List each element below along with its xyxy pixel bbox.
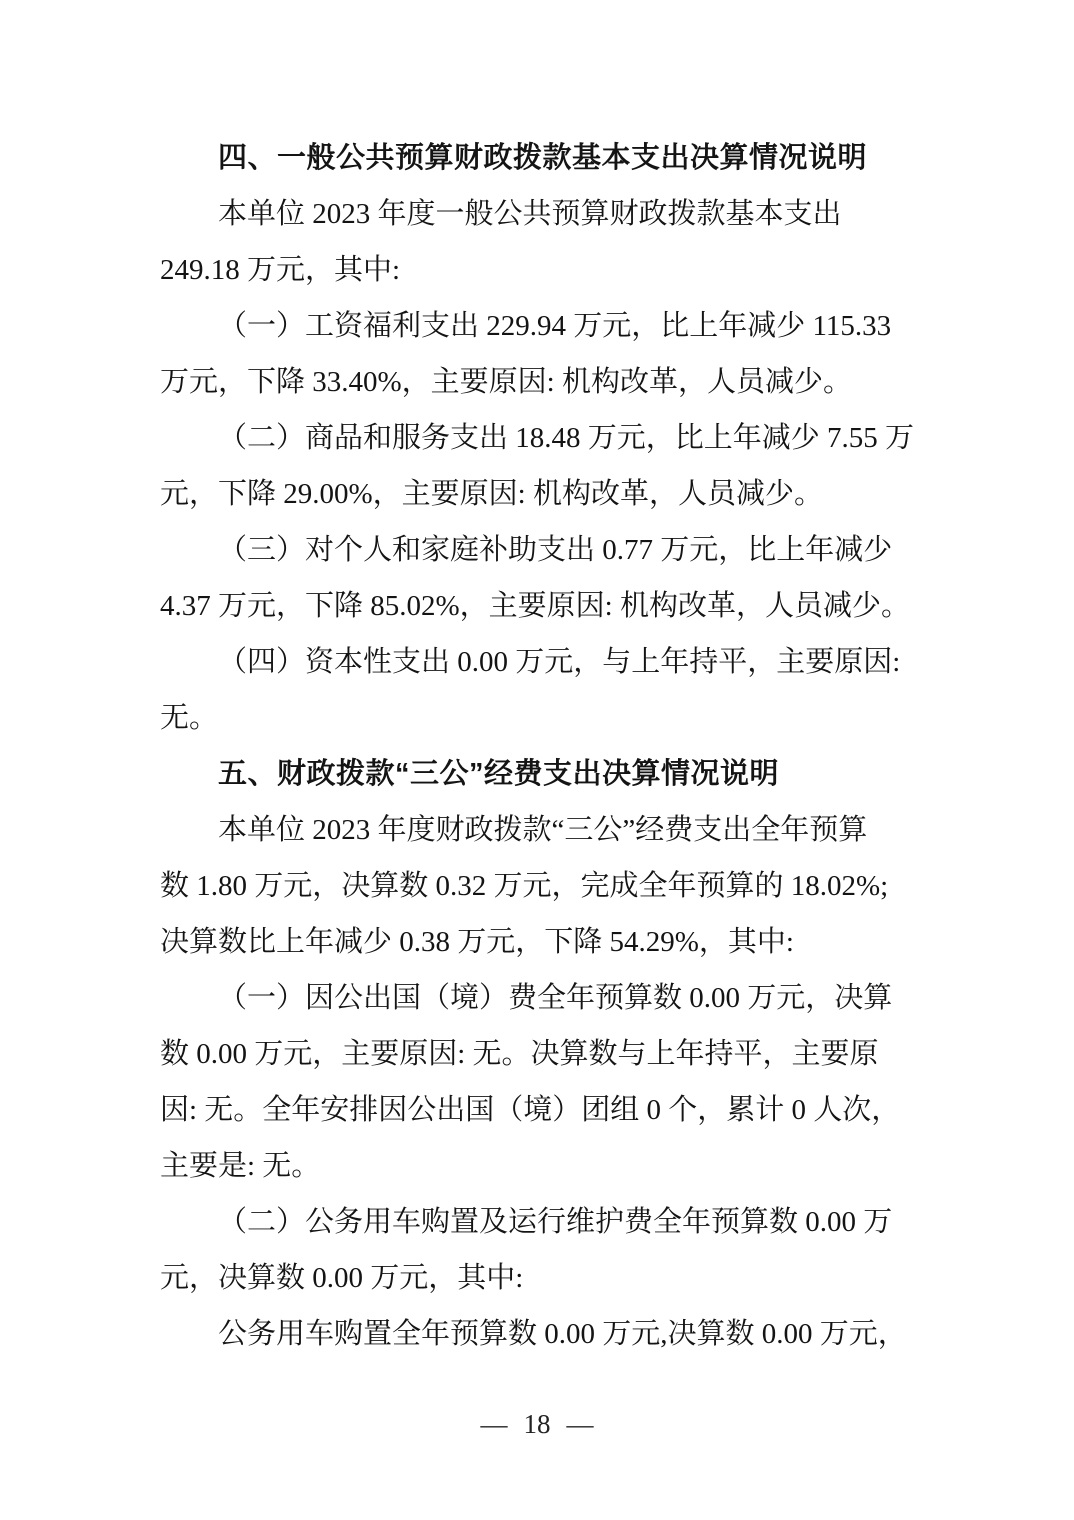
text-line: （一）工资福利支出 229.94 万元，比上年减少 115.33: [160, 298, 920, 354]
text-line: 公务用车购置全年预算数 0.00 万元,决算数 0.00 万元，: [160, 1306, 920, 1362]
text-line: 元，下降 29.00%，主要原因: 机构改革，人员减少。: [160, 466, 920, 522]
text-line: 数 1.80 万元，决算数 0.32 万元，完成全年预算的 18.02%;: [160, 858, 920, 914]
paragraph: 公务用车购置全年预算数 0.00 万元,决算数 0.00 万元，: [160, 1306, 920, 1362]
text-line: 因: 无。全年安排因公出国（境）团组 0 个，累计 0 人次，: [160, 1082, 920, 1138]
paragraph: 本单位 2023 年度财政拨款“三公”经费支出全年预算 数 1.80 万元，决算…: [160, 802, 920, 970]
text-line: 本单位 2023 年度财政拨款“三公”经费支出全年预算: [160, 802, 920, 858]
text-line: 本单位 2023 年度一般公共预算财政拨款基本支出: [160, 186, 920, 242]
section-heading-4: 四、一般公共预算财政拨款基本支出决算情况说明: [160, 130, 920, 186]
text-line: （二）公务用车购置及运行维护费全年预算数 0.00 万: [160, 1194, 920, 1250]
text-line: 无。: [160, 690, 920, 746]
text-line: 主要是: 无。: [160, 1138, 920, 1194]
text-line: 决算数比上年减少 0.38 万元，下降 54.29%，其中:: [160, 914, 920, 970]
text-line: 元，决算数 0.00 万元，其中:: [160, 1250, 920, 1306]
section-heading-5: 五、财政拨款“三公”经费支出决算情况说明: [160, 746, 920, 802]
paragraph: （二）公务用车购置及运行维护费全年预算数 0.00 万 元，决算数 0.00 万…: [160, 1194, 920, 1306]
paragraph: （二）商品和服务支出 18.48 万元，比上年减少 7.55 万 元，下降 29…: [160, 410, 920, 522]
text-line: 249.18 万元，其中:: [160, 242, 920, 298]
text-line: （三）对个人和家庭补助支出 0.77 万元，比上年减少: [160, 522, 920, 578]
text-line: 数 0.00 万元，主要原因: 无。决算数与上年持平，主要原: [160, 1026, 920, 1082]
text-line: （四）资本性支出 0.00 万元，与上年持平，主要原因:: [160, 634, 920, 690]
text-line: （一）因公出国（境）费全年预算数 0.00 万元，决算: [160, 970, 920, 1026]
heading-line: 五、财政拨款“三公”经费支出决算情况说明: [160, 746, 920, 802]
paragraph: （一）工资福利支出 229.94 万元，比上年减少 115.33 万元，下降 3…: [160, 298, 920, 410]
paragraph: （三）对个人和家庭补助支出 0.77 万元，比上年减少 4.37 万元，下降 8…: [160, 522, 920, 634]
page-footer: —18—: [0, 1396, 1074, 1452]
footer-dash-right: —: [567, 1409, 594, 1439]
paragraph: （四）资本性支出 0.00 万元，与上年持平，主要原因: 无。: [160, 634, 920, 746]
text-line: 万元，下降 33.40%，主要原因: 机构改革，人员减少。: [160, 354, 920, 410]
text-line: 4.37 万元，下降 85.02%，主要原因: 机构改革，人员减少。: [160, 578, 920, 634]
paragraph: 本单位 2023 年度一般公共预算财政拨款基本支出 249.18 万元，其中:: [160, 186, 920, 298]
page-content: 四、一般公共预算财政拨款基本支出决算情况说明 本单位 2023 年度一般公共预算…: [160, 130, 920, 1362]
document-page: 四、一般公共预算财政拨款基本支出决算情况说明 本单位 2023 年度一般公共预算…: [0, 0, 1074, 1520]
paragraph: （一）因公出国（境）费全年预算数 0.00 万元，决算 数 0.00 万元，主要…: [160, 970, 920, 1194]
footer-dash-left: —: [481, 1409, 508, 1439]
text-line: （二）商品和服务支出 18.48 万元，比上年减少 7.55 万: [160, 410, 920, 466]
heading-line: 四、一般公共预算财政拨款基本支出决算情况说明: [160, 130, 920, 186]
page-number: 18: [524, 1409, 551, 1439]
